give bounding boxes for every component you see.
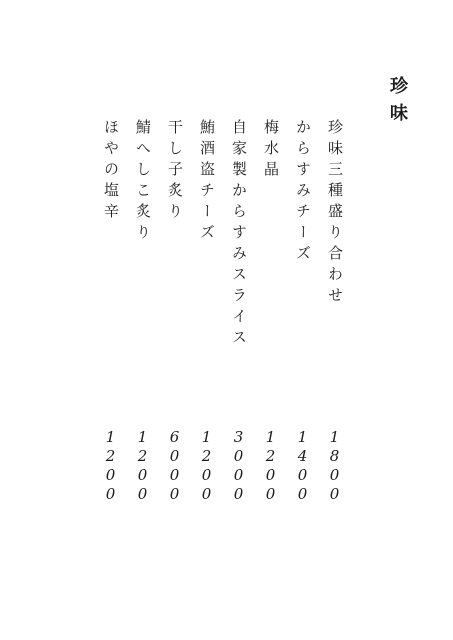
menu-item-price: 1800 — [327, 428, 342, 504]
menu-item-name: 鮪酒盗チーズ — [199, 119, 214, 245]
menu-prices-list: 1800 1400 1200 3000 1200 6000 1200 1200 — [103, 428, 342, 504]
menu-item-name: 梅水晶 — [263, 119, 278, 182]
menu-item-name: からすみチーズ — [295, 119, 310, 266]
menu-item-name: ほやの塩辛 — [103, 119, 118, 224]
menu-item-price: 1200 — [263, 428, 278, 504]
menu-items-list: 珍味三種盛り合わせ からすみチーズ 梅水晶 自家製からすみスライス 鮪酒盗チーズ… — [103, 119, 342, 350]
menu-item-price: 6000 — [167, 428, 182, 504]
menu-item-price: 1200 — [199, 428, 214, 504]
menu-item-name: 珍味三種盛り合わせ — [327, 119, 342, 308]
menu-item-name: 自家製からすみスライス — [231, 119, 246, 350]
menu-item-price: 1200 — [103, 428, 118, 504]
menu-item-name: 干し子炙り — [167, 119, 182, 224]
menu-section-title: 珍味 — [388, 76, 406, 130]
menu-item-price: 1200 — [135, 428, 150, 504]
menu-item-name: 鯖へしこ炙り — [135, 119, 150, 245]
menu-item-price: 3000 — [231, 428, 246, 504]
menu-item-price: 1400 — [295, 428, 310, 504]
menu-page: 珍味 珍味三種盛り合わせ からすみチーズ 梅水晶 自家製からすみスライス 鮪酒盗… — [0, 0, 453, 640]
